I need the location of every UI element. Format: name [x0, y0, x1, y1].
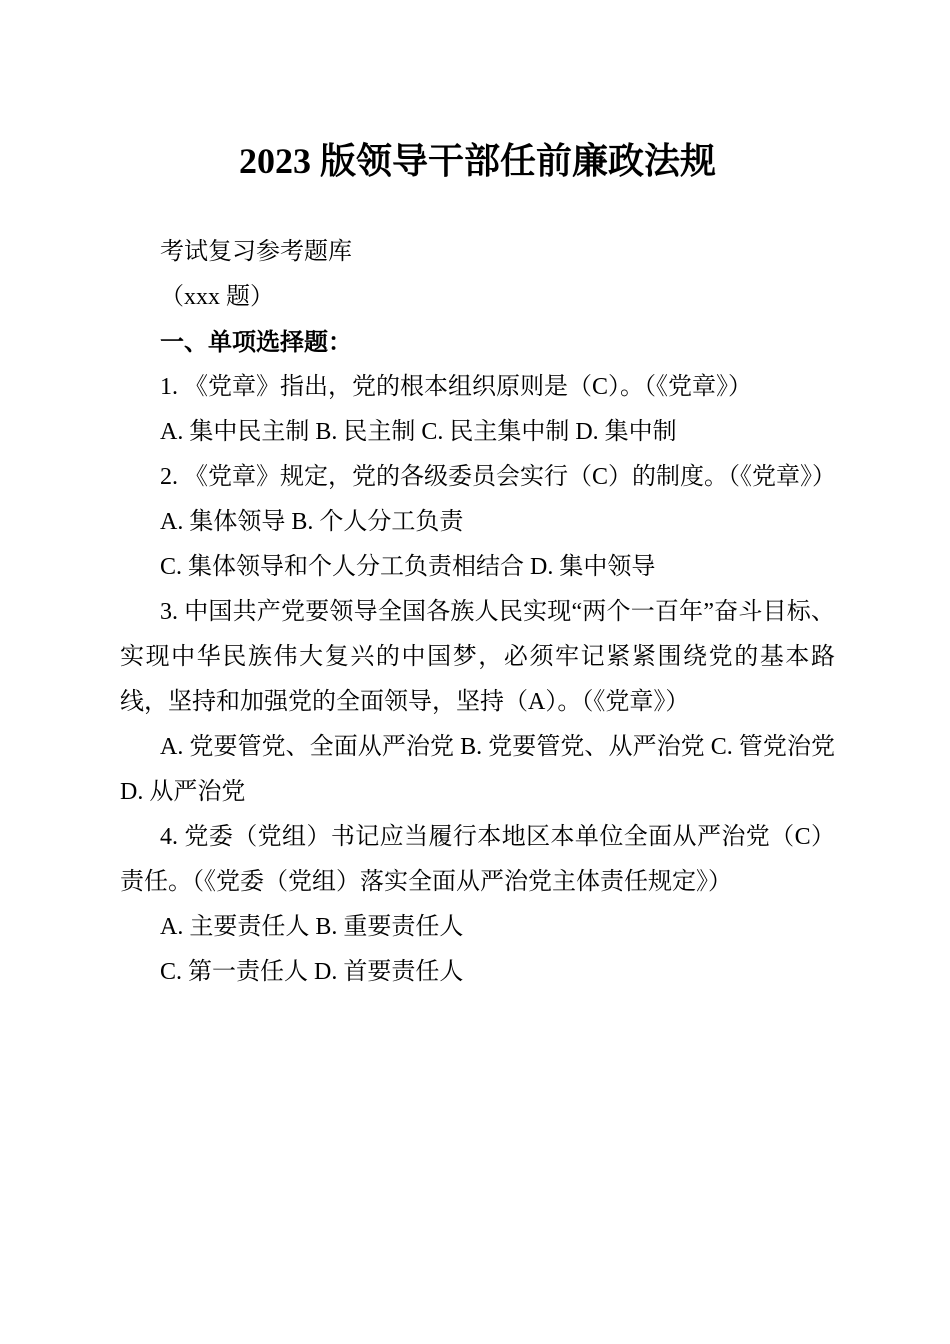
question-stem: 3. 中国共产党要领导全国各族人民实现“两个一百年”奋斗目标、实现中华民族伟大复… [120, 590, 835, 725]
option-line: C. 第一责任人 D. 首要责任人 [120, 950, 835, 995]
option-line: A. 集体领导 B. 个人分工负责 [120, 500, 835, 545]
option-line: A. 党要管党、全面从严治党 B. 党要管党、从严治党 C. 管党治党 D. 从… [120, 725, 835, 815]
question-stem: 2. 《党章》规定，党的各级委员会实行（C）的制度。（《党章》） [120, 455, 835, 500]
document-subtitle: 考试复习参考题库 [120, 230, 835, 275]
question-block: 2. 《党章》规定，党的各级委员会实行（C）的制度。（《党章》） A. 集体领导… [120, 455, 835, 590]
option-line: C. 集体领导和个人分工负责相结合 D. 集中领导 [120, 545, 835, 590]
question-stem: 4. 党委（党组）书记应当履行本地区本单位全面从严治党（C）责任。（《党委（党组… [120, 815, 835, 905]
option-line: A. 集中民主制 B. 民主制 C. 民主集中制 D. 集中制 [120, 410, 835, 455]
question-block: 3. 中国共产党要领导全国各族人民实现“两个一百年”奋斗目标、实现中华民族伟大复… [120, 590, 835, 815]
document-page: 2023 版领导干部任前廉政法规 考试复习参考题库 （xxx 题） 一、单项选择… [0, 0, 950, 1344]
question-stem: 1. 《党章》指出，党的根本组织原则是（C）。（《党章》） [120, 365, 835, 410]
question-block: 1. 《党章》指出，党的根本组织原则是（C）。（《党章》） A. 集中民主制 B… [120, 365, 835, 455]
section-heading: 一、单项选择题： [120, 320, 835, 365]
question-count: （xxx 题） [120, 275, 835, 320]
question-block: 4. 党委（党组）书记应当履行本地区本单位全面从严治党（C）责任。（《党委（党组… [120, 815, 835, 995]
document-title: 2023 版领导干部任前廉政法规 [120, 136, 835, 186]
option-line: A. 主要责任人 B. 重要责任人 [120, 905, 835, 950]
document-body: 考试复习参考题库 （xxx 题） 一、单项选择题： 1. 《党章》指出，党的根本… [120, 230, 835, 995]
